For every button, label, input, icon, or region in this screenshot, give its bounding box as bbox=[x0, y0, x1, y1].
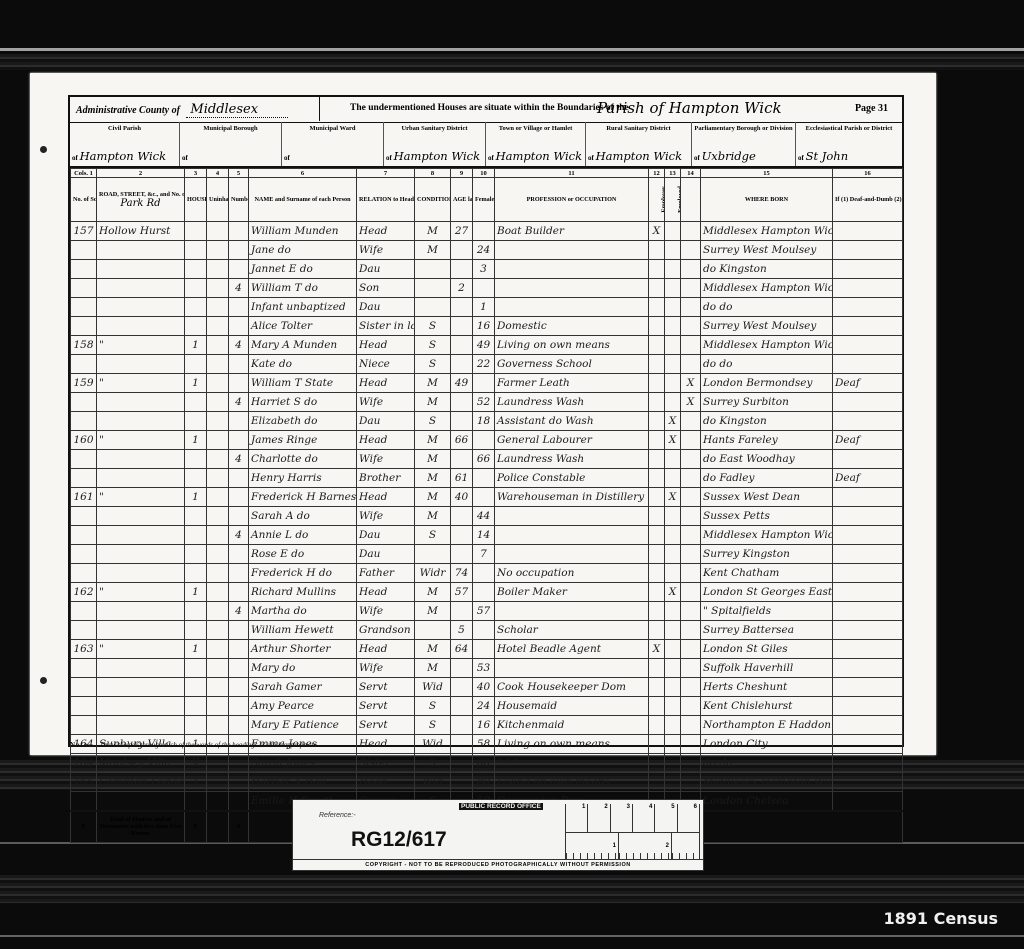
age-male bbox=[451, 412, 473, 431]
relation: Niece bbox=[357, 355, 415, 374]
employed-mark bbox=[665, 735, 681, 754]
uninhabited-mark bbox=[207, 241, 229, 260]
age-male bbox=[451, 336, 473, 355]
infirmity: Deaf bbox=[833, 469, 903, 488]
age-female bbox=[473, 583, 495, 602]
marital-condition bbox=[415, 279, 451, 298]
employed-mark bbox=[665, 507, 681, 526]
age-male: 5 bbox=[451, 621, 473, 640]
table-row: Elizabeth doDauS18Assistant do WashXdo K… bbox=[71, 412, 903, 431]
uninhabited-mark bbox=[207, 678, 229, 697]
schedule-number bbox=[71, 659, 97, 678]
infirmity bbox=[833, 526, 903, 545]
age-male: 74 bbox=[451, 564, 473, 583]
employed-mark bbox=[665, 355, 681, 374]
rooms-count bbox=[229, 678, 249, 697]
neither-mark bbox=[681, 222, 701, 241]
age-female bbox=[473, 621, 495, 640]
infirmity bbox=[833, 678, 903, 697]
schedule-number bbox=[71, 697, 97, 716]
footnote: Note. — Draw the pen through such of the… bbox=[70, 741, 318, 749]
inhabited-mark: 1 bbox=[185, 583, 207, 602]
rooms-count: 4 bbox=[229, 450, 249, 469]
employer-mark bbox=[649, 355, 665, 374]
table-row: Jane doWifeM24Surrey West Moulsey bbox=[71, 241, 903, 260]
inhabited-mark bbox=[185, 241, 207, 260]
relation: Wife bbox=[357, 507, 415, 526]
schedule-number: 165 bbox=[71, 773, 97, 792]
scan-stripe bbox=[0, 935, 1024, 937]
col-uninhabited: Uninhabited (U.) or Building (B.) bbox=[207, 178, 229, 222]
table-row: Sarah GamerServtWid40Cook Housekeeper Do… bbox=[71, 678, 903, 697]
uninhabited-mark bbox=[207, 602, 229, 621]
employed-mark bbox=[665, 450, 681, 469]
employed-mark bbox=[665, 336, 681, 355]
uninhabited-mark bbox=[207, 279, 229, 298]
employer-mark bbox=[649, 279, 665, 298]
neither-mark bbox=[681, 640, 701, 659]
marital-condition: S bbox=[415, 412, 451, 431]
rooms-count bbox=[229, 564, 249, 583]
employed-mark bbox=[665, 374, 681, 393]
birthplace: London St Giles bbox=[701, 640, 833, 659]
schedule-number bbox=[71, 545, 97, 564]
birthplace: Middlesex Hampton Wick bbox=[701, 279, 833, 298]
rooms-count bbox=[229, 754, 249, 773]
table-row: 4Annie L doDauS14Middlesex Hampton Wick bbox=[71, 526, 903, 545]
public-record-office-label: PUBLIC RECORD OFFICE bbox=[459, 803, 543, 810]
neither-mark bbox=[681, 355, 701, 374]
birthplace: Surrey Battersea bbox=[701, 621, 833, 640]
inhabited-mark bbox=[185, 317, 207, 336]
schedule-number: 159 bbox=[71, 374, 97, 393]
table-row: Rose E doDau7Surrey Kingston bbox=[71, 545, 903, 564]
marital-condition bbox=[415, 545, 451, 564]
neither-mark bbox=[681, 412, 701, 431]
table-row: Mary doWifeM53Suffolk Haverhill bbox=[71, 659, 903, 678]
column-number-row: Cols. 12345678910111213141516 bbox=[71, 169, 903, 178]
age-female: 24 bbox=[473, 697, 495, 716]
age-male: 49 bbox=[451, 374, 473, 393]
birthplace: Sussex Petts bbox=[701, 507, 833, 526]
col-condition: CONDITION as to Marriage bbox=[415, 178, 451, 222]
neither-mark bbox=[681, 241, 701, 260]
schedule-number bbox=[71, 602, 97, 621]
house-address: Hollow Hurst bbox=[97, 222, 185, 241]
house-address bbox=[97, 279, 185, 298]
birthplace: Hants Fareley bbox=[701, 431, 833, 450]
rooms-count: 4 bbox=[229, 336, 249, 355]
rooms-count bbox=[229, 241, 249, 260]
rooms-count: 4 bbox=[229, 526, 249, 545]
age-male: 40 bbox=[451, 488, 473, 507]
person-name: Kate do bbox=[249, 355, 357, 374]
age-female: 3 bbox=[473, 260, 495, 279]
relation: Head bbox=[357, 431, 415, 450]
marital-condition: S bbox=[415, 317, 451, 336]
age-male bbox=[451, 355, 473, 374]
house-address: " bbox=[97, 583, 185, 602]
age-male: 61 bbox=[451, 469, 473, 488]
inhabited-mark: 1 bbox=[185, 773, 207, 792]
infirmity: Deaf bbox=[833, 431, 903, 450]
neither-mark bbox=[681, 716, 701, 735]
occupation bbox=[495, 279, 649, 298]
infirmity bbox=[833, 222, 903, 241]
neither-mark bbox=[681, 298, 701, 317]
infirmity bbox=[833, 393, 903, 412]
uninhabited-mark bbox=[207, 564, 229, 583]
birthplace: Kent Chislehurst bbox=[701, 697, 833, 716]
table-row: 4Charlotte doWifeM66Laundress Washdo Eas… bbox=[71, 450, 903, 469]
uninhabited-mark bbox=[207, 317, 229, 336]
house-address: Compton Lodge bbox=[97, 773, 185, 792]
employer-mark bbox=[649, 488, 665, 507]
uninhabited-mark bbox=[207, 792, 229, 811]
age-male bbox=[451, 716, 473, 735]
schedule-number bbox=[71, 507, 97, 526]
house-address bbox=[97, 526, 185, 545]
person-name: William T State bbox=[249, 374, 357, 393]
infirmity bbox=[833, 507, 903, 526]
tenements-total: 6 bbox=[229, 811, 249, 843]
inhabited-mark: 1 bbox=[185, 336, 207, 355]
birthplace: Kent Chatham bbox=[701, 564, 833, 583]
inhabited-mark bbox=[185, 621, 207, 640]
marital-condition: Wid bbox=[415, 735, 451, 754]
table-row: Frederick H doFatherWidr74No occupationK… bbox=[71, 564, 903, 583]
age-female: 1 bbox=[473, 298, 495, 317]
col-name: NAME and Surname of each Person bbox=[249, 178, 357, 222]
employer-mark bbox=[649, 241, 665, 260]
marital-condition: M bbox=[415, 431, 451, 450]
schedule-number bbox=[71, 317, 97, 336]
schedule-number: 157 bbox=[71, 222, 97, 241]
person-name: Richard Mullins bbox=[249, 583, 357, 602]
uninhabited-mark bbox=[207, 697, 229, 716]
col-relation: RELATION to Head of Family bbox=[357, 178, 415, 222]
birthplace: do do bbox=[701, 355, 833, 374]
rooms-count bbox=[229, 488, 249, 507]
relation: Head bbox=[357, 336, 415, 355]
employed-mark: X bbox=[665, 488, 681, 507]
house-address: " bbox=[97, 431, 185, 450]
relation: Dau bbox=[357, 412, 415, 431]
relation: Head bbox=[357, 583, 415, 602]
col-employed: Employed bbox=[665, 178, 681, 222]
infirmity: Deaf bbox=[833, 374, 903, 393]
rooms-count bbox=[229, 716, 249, 735]
census-page: Administrative County of Middlesex The u… bbox=[30, 73, 936, 755]
neither-mark bbox=[681, 317, 701, 336]
employed-mark bbox=[665, 526, 681, 545]
neither-mark bbox=[681, 260, 701, 279]
schedule-number bbox=[71, 526, 97, 545]
person-name: Mary E Patience bbox=[249, 716, 357, 735]
district-municipal-borough: Municipal Borough bbox=[180, 122, 282, 166]
person-name: Mary A Munden bbox=[249, 336, 357, 355]
rooms-count bbox=[229, 792, 249, 811]
rooms-count bbox=[229, 659, 249, 678]
col-occupation: PROFESSION or OCCUPATION bbox=[495, 178, 649, 222]
birthplace: London Chelsea bbox=[701, 792, 833, 811]
boundaries-text: The undermentioned Houses are situate wi… bbox=[350, 103, 629, 113]
infirmity bbox=[833, 298, 903, 317]
marital-condition: M bbox=[415, 507, 451, 526]
marital-condition: M bbox=[415, 640, 451, 659]
person-name: Jannet E do bbox=[249, 260, 357, 279]
employer-mark bbox=[649, 374, 665, 393]
age-female bbox=[473, 488, 495, 507]
age-male: 2 bbox=[451, 279, 473, 298]
uninhabited-mark bbox=[207, 507, 229, 526]
neither-mark bbox=[681, 507, 701, 526]
houses-total-label: Total of Houses and of Tenements with le… bbox=[97, 811, 185, 843]
age-female bbox=[473, 640, 495, 659]
person-name: Rose E do bbox=[249, 545, 357, 564]
employer-mark bbox=[649, 564, 665, 583]
schedule-number bbox=[71, 355, 97, 374]
age-female: 80 bbox=[473, 773, 495, 792]
neither-mark bbox=[681, 697, 701, 716]
birthplace: Surrey Surbiton bbox=[701, 393, 833, 412]
employed-mark bbox=[665, 469, 681, 488]
age-female: 18 bbox=[473, 412, 495, 431]
birthplace: London City bbox=[701, 735, 833, 754]
age-female: 58 bbox=[473, 735, 495, 754]
house-address: " bbox=[97, 374, 185, 393]
col-where-born: WHERE BORN bbox=[701, 178, 833, 222]
scale-cm: 123456 bbox=[566, 804, 700, 833]
relation: Wife bbox=[357, 450, 415, 469]
table-row: 157Hollow HurstWilliam MundenHeadM27Boat… bbox=[71, 222, 903, 241]
infirmity bbox=[833, 773, 903, 792]
inhabited-mark bbox=[185, 450, 207, 469]
occupation: Laundress Wash bbox=[495, 450, 649, 469]
marital-condition: M bbox=[415, 488, 451, 507]
register-rows: 157Hollow HurstWilliam MundenHeadM27Boat… bbox=[71, 222, 903, 811]
admin-county-value: Middlesex bbox=[186, 102, 288, 118]
relation: Head bbox=[357, 640, 415, 659]
house-address: " bbox=[97, 640, 185, 659]
house-address bbox=[97, 678, 185, 697]
person-name: Infant unbaptized bbox=[249, 298, 357, 317]
uninhabited-mark bbox=[207, 488, 229, 507]
birthplace: Suffolk Haverhill bbox=[701, 659, 833, 678]
house-address: Moulsey Villa bbox=[97, 754, 185, 773]
relation: Wife bbox=[357, 659, 415, 678]
neither-mark bbox=[681, 773, 701, 792]
uninhabited-mark bbox=[207, 716, 229, 735]
house-address bbox=[97, 469, 185, 488]
person-name: James Ringe bbox=[249, 431, 357, 450]
reference-card: PUBLIC RECORD OFFICE Reference:- RG12/61… bbox=[292, 799, 704, 871]
occupation: Assistant do Wash bbox=[495, 412, 649, 431]
employer-mark bbox=[649, 754, 665, 773]
occupation: " " " bbox=[495, 754, 649, 773]
relation: Head bbox=[357, 488, 415, 507]
uninhabited-mark bbox=[207, 469, 229, 488]
age-male bbox=[451, 735, 473, 754]
birthplace: Surrey West Moulsey bbox=[701, 241, 833, 260]
relation: Dau bbox=[357, 526, 415, 545]
rooms-count bbox=[229, 412, 249, 431]
neither-mark bbox=[681, 336, 701, 355]
header-row: Administrative County of Middlesex The u… bbox=[70, 97, 902, 123]
schedule-number: 160 bbox=[71, 431, 97, 450]
schedule-number: 162 bbox=[71, 583, 97, 602]
marital-condition: M bbox=[415, 450, 451, 469]
infirmity bbox=[833, 697, 903, 716]
uninhabited-mark bbox=[207, 355, 229, 374]
uninhabited-mark bbox=[207, 754, 229, 773]
house-address bbox=[97, 659, 185, 678]
table-row: 160"1James RingeHeadM66General LabourerX… bbox=[71, 431, 903, 450]
neither-mark: X bbox=[681, 374, 701, 393]
birthplace: Northampton E Haddon bbox=[701, 716, 833, 735]
infirmity bbox=[833, 260, 903, 279]
employer-mark bbox=[649, 545, 665, 564]
table-row: 159"1William T StateHeadM49Farmer LeathX… bbox=[71, 374, 903, 393]
marital-condition: M bbox=[415, 241, 451, 260]
age-male bbox=[451, 754, 473, 773]
person-name: Harriet A Hall bbox=[249, 773, 357, 792]
inhabited-mark bbox=[185, 279, 207, 298]
age-female bbox=[473, 469, 495, 488]
register-frame: Administrative County of Middlesex The u… bbox=[68, 95, 904, 747]
house-address bbox=[97, 716, 185, 735]
table-row: 164Moulsey VillaXSarah JonesSisterS60" "… bbox=[71, 754, 903, 773]
footnote-text: — Draw the pen through such of the words… bbox=[93, 741, 319, 749]
person-name: Jane do bbox=[249, 241, 357, 260]
employed-mark bbox=[665, 260, 681, 279]
employer-mark: X bbox=[649, 640, 665, 659]
employer-mark: X bbox=[649, 222, 665, 241]
marital-condition bbox=[415, 260, 451, 279]
employed-mark bbox=[665, 773, 681, 792]
infirmity bbox=[833, 564, 903, 583]
rooms-count bbox=[229, 222, 249, 241]
inhabited-mark bbox=[185, 716, 207, 735]
employed-mark bbox=[665, 678, 681, 697]
relation: Brother bbox=[357, 469, 415, 488]
birthplace: " Spitalfields bbox=[701, 602, 833, 621]
age-male bbox=[451, 241, 473, 260]
age-male bbox=[451, 507, 473, 526]
birthplace: London Bermondsey bbox=[701, 374, 833, 393]
marital-condition: M bbox=[415, 469, 451, 488]
employed-mark bbox=[665, 279, 681, 298]
schedule-number bbox=[71, 792, 97, 811]
col-employer: Employer bbox=[649, 178, 665, 222]
measurement-scale: 123456 12 bbox=[565, 804, 700, 859]
person-name: Martha do bbox=[249, 602, 357, 621]
uninhabited-mark bbox=[207, 412, 229, 431]
infirmity bbox=[833, 241, 903, 260]
infirmity bbox=[833, 716, 903, 735]
occupation: Boat Builder bbox=[495, 222, 649, 241]
employed-mark bbox=[665, 545, 681, 564]
relation: Wife bbox=[357, 393, 415, 412]
table-row: 163"1Arthur ShorterHeadM64Hotel Beadle A… bbox=[71, 640, 903, 659]
employer-mark bbox=[649, 260, 665, 279]
age-male bbox=[451, 659, 473, 678]
rooms-count: 4 bbox=[229, 393, 249, 412]
age-male bbox=[451, 393, 473, 412]
infirmity bbox=[833, 545, 903, 564]
inhabited-mark bbox=[185, 260, 207, 279]
age-male bbox=[451, 773, 473, 792]
punch-hole bbox=[40, 146, 47, 153]
boundaries-value: Parish of Hampton Wick bbox=[597, 99, 782, 117]
house-address bbox=[97, 792, 185, 811]
neither-mark: X bbox=[681, 393, 701, 412]
infirmity bbox=[833, 412, 903, 431]
infirmity bbox=[833, 602, 903, 621]
houses-total: 9 bbox=[185, 811, 207, 843]
employed-mark: X bbox=[665, 431, 681, 450]
inhabited-mark: 1 bbox=[185, 374, 207, 393]
marital-condition: M bbox=[415, 393, 451, 412]
employer-mark bbox=[649, 716, 665, 735]
occupation: General Labourer bbox=[495, 431, 649, 450]
neither-mark bbox=[681, 678, 701, 697]
page-label: Page 31 bbox=[855, 103, 888, 114]
marital-condition: S bbox=[415, 526, 451, 545]
employed-mark bbox=[665, 564, 681, 583]
age-male bbox=[451, 260, 473, 279]
uninhabited-mark bbox=[207, 374, 229, 393]
marital-condition: Wid bbox=[415, 678, 451, 697]
age-male bbox=[451, 602, 473, 621]
age-female: 16 bbox=[473, 716, 495, 735]
age-female: 14 bbox=[473, 526, 495, 545]
employer-mark bbox=[649, 697, 665, 716]
age-male bbox=[451, 526, 473, 545]
birthplace: Sussex West Dean bbox=[701, 488, 833, 507]
infirmity bbox=[833, 621, 903, 640]
relation: Wife bbox=[357, 602, 415, 621]
admin-county-label: Administrative County of bbox=[76, 105, 180, 116]
employed-mark bbox=[665, 621, 681, 640]
age-female: 52 bbox=[473, 393, 495, 412]
inhabited-mark: 1 bbox=[185, 640, 207, 659]
inhabited-mark bbox=[185, 393, 207, 412]
employer-mark bbox=[649, 583, 665, 602]
age-female: 7 bbox=[473, 545, 495, 564]
relation: Servt bbox=[357, 697, 415, 716]
inhabited-mark bbox=[185, 545, 207, 564]
marital-condition: S bbox=[415, 336, 451, 355]
house-address bbox=[97, 412, 185, 431]
infirmity bbox=[833, 279, 903, 298]
uninhabited-mark bbox=[207, 640, 229, 659]
col-age-females: Females bbox=[473, 178, 495, 222]
uninhabited-mark bbox=[207, 260, 229, 279]
birthplace: Middlesex Hampton Wick bbox=[701, 773, 833, 792]
relation: Dau bbox=[357, 298, 415, 317]
uninhabited-mark bbox=[207, 450, 229, 469]
table-row: Amy PearceServtS24HousemaidKent Chislehu… bbox=[71, 697, 903, 716]
uninhabited-mark bbox=[207, 545, 229, 564]
schedule-number bbox=[71, 678, 97, 697]
employed-mark bbox=[665, 298, 681, 317]
age-male bbox=[451, 298, 473, 317]
census-year-watermark: 1891 Census bbox=[883, 909, 998, 928]
occupation: Hotel Beadle Agent bbox=[495, 640, 649, 659]
birthplace: do do bbox=[701, 754, 833, 773]
neither-mark bbox=[681, 735, 701, 754]
